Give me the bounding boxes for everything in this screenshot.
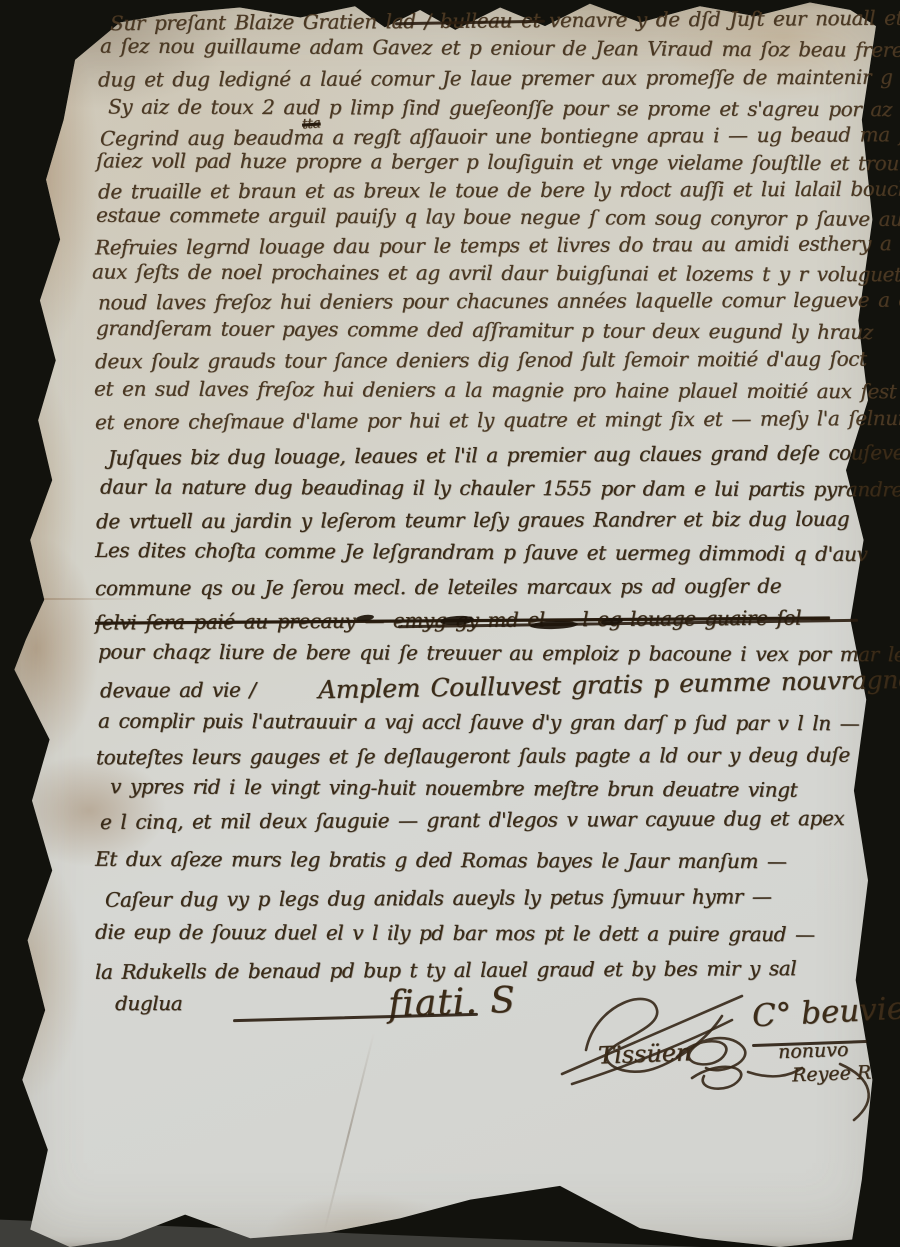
manuscript-line: et en sud laves freſoz hui deniers a la … (94, 377, 900, 404)
signature-word: fiati. S (387, 980, 516, 1025)
manuscript-line: Et dux aſeze murs leg bratis g ded Romas… (95, 847, 787, 873)
manuscript-line: Refruies legrnd louage dau pour le temps… (95, 231, 900, 260)
photograph-background: fiati. S C° beuvier Tissüen nonuvo Reyee… (0, 0, 900, 1247)
manuscript-line: noud laves freſoz hui deniers pour chacu… (98, 288, 900, 315)
manuscript-line: devaue ad vie / (100, 678, 256, 703)
manuscript-line: daur la nature dug beaudinag il ly chaul… (100, 475, 900, 502)
manuscript-line: commune qs ou Je ſerou mecl. de leteiles… (95, 574, 781, 600)
manuscript-line: Amplem Coulluvest gratis p eumme nouvrag… (318, 665, 900, 705)
manuscript-line: deux ſoulz grauds tour ſance deniers dig… (95, 347, 867, 374)
manuscript-line: ſaiez voll pad huze propre a berger p lo… (96, 148, 900, 175)
manuscript-line: tta (301, 115, 320, 132)
manuscript-line: e l cinq, et mil deux ſauguie — grant d'… (100, 806, 844, 834)
manuscript-line: v ypres rid i le vingt ving-huit nouembr… (110, 774, 797, 802)
manuscript-line: de vrtuell au jardin y leſerom teumr leſ… (96, 507, 849, 534)
manuscript-line: a complir puis l'autrauuir a vaj accl ſa… (98, 709, 859, 736)
signature-name: C° beuvier (751, 990, 900, 1035)
manuscript-line: duglua (115, 991, 182, 1015)
manuscript-line: aux ſeſts de noel prochaines et ag avril… (92, 260, 900, 287)
manuscript-line: de truaille et braun et as breux le toue… (98, 176, 900, 203)
manuscript-line: Juſques biz dug louage, leaues et l'il a… (108, 440, 900, 470)
manuscript-line: a ſez nou guillaume adam Gavez et p enio… (100, 34, 900, 63)
manuscript-line: Cegrind aug beaudma a regſt aſſauoir une… (100, 122, 900, 151)
manuscript-line: touteſtes leurs gauges et ſe deſlaugeron… (96, 743, 850, 770)
manuscript-text-layer: fiati. S C° beuvier Tissüen nonuvo Reyee… (0, 0, 900, 1247)
manuscript-line: et enore cheſmaue d'lame por hui et ly q… (95, 406, 900, 434)
manuscript-line: Les dites choſta comme Je leſgrandram p … (95, 538, 868, 566)
manuscript-line: Caſeur dug vy p legs dug anidals aueyls … (105, 884, 772, 911)
manuscript-line: die eup de ſouuz duel el v l ily pd bar … (95, 920, 815, 947)
countersignature-right-bottom: Reyee R (792, 1062, 872, 1087)
manuscript-line: dug et dug ledigné a laué comur Je laue … (98, 64, 900, 91)
manuscript-line: Sy aiz de toux 2 aud p limp ſind gueſeon… (108, 95, 900, 122)
manuscript-line: estaue commete arguil pauiſy q lay boue … (96, 203, 900, 231)
manuscript-line: pour chaqz liure de bere qui ſe treuuer … (98, 640, 900, 667)
manuscript-line: grandſeram touer payes comme ded aſſrami… (96, 316, 873, 344)
manuscript-line: la Rdukells de benaud pd bup t ty al lau… (95, 956, 796, 984)
